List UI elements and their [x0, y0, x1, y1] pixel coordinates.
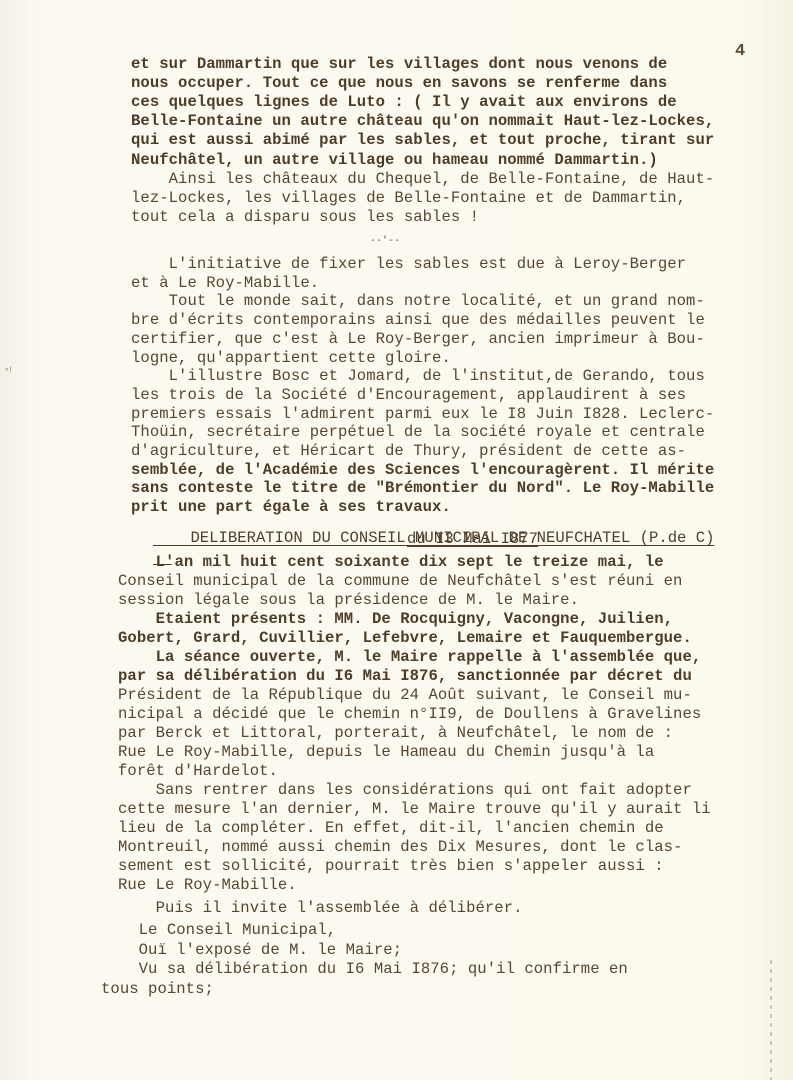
text-line: ces quelques lignes de Luto : ( Il y ava…	[131, 93, 677, 112]
text-line: d'agriculture, et Héricart de Thury, pré…	[131, 442, 686, 461]
deliberation-heading-suffix: (P.de C)	[630, 529, 714, 547]
text-line: certifier, que c'est à Le Roy-Berger, an…	[131, 330, 705, 349]
text-line: Gobert, Grard, Cuvillier, Lefebvre, Lema…	[118, 629, 692, 648]
text-line: L'illustre Bosc et Jomard, de l'institut…	[131, 367, 705, 386]
text-line: Neufchâtel, un autre village ou hameau n…	[131, 151, 658, 170]
text-line: forêt d'Hardelot.	[118, 762, 278, 781]
text-line: semblée, de l'Académie des Sciences l'en…	[131, 461, 714, 480]
text-line: L'an mil huit cent soixante dix sept le …	[118, 553, 664, 572]
text-line: les trois de la Société d'Encouragement,…	[131, 386, 686, 405]
text-line: La séance ouverte, M. le Maire rappelle …	[118, 648, 701, 667]
margin-mark: «|	[5, 366, 12, 373]
text-line: Belle-Fontaine un autre château qu'on no…	[131, 112, 714, 131]
deliberation-date: du I3 Mai I877	[407, 530, 538, 549]
text-line: logne, qu'appartient cette gloire.	[131, 349, 451, 368]
text-line: premiers essais l'admirent parmi eux le …	[131, 405, 714, 424]
text-line: Puis il invite l'assemblée à délibérer.	[118, 899, 523, 918]
text-line: nicipal a décidé que le chemin n°II9, de…	[118, 705, 701, 724]
text-line: tout cela a disparu sous les sables !	[131, 208, 479, 227]
text-line: nous occuper. Tout ce que nous en savons…	[131, 74, 667, 93]
binding-edge-marks	[770, 960, 772, 1080]
text-line: Montreuil, nommé aussi chemin des Dix Me…	[118, 838, 682, 857]
text-line: Etaient présents : MM. De Rocquigny, Vac…	[118, 610, 673, 629]
text-line: et sur Dammartin que sur les villages do…	[131, 55, 667, 74]
text-line: L'initiative de fixer les sables est due…	[131, 255, 686, 274]
text-line: qui est aussi abimé par les sables, et t…	[131, 131, 714, 150]
text-line: bre d'écrits contemporains ainsi que des…	[131, 311, 705, 330]
text-line: tous points;	[101, 980, 214, 999]
text-line: sans conteste le titre de "Brémontier du…	[131, 479, 714, 498]
page-number: 4	[735, 42, 745, 61]
text-line: Tout le monde sait, dans notre localité,…	[131, 292, 705, 311]
text-line: cette mesure l'an dernier, M. le Maire t…	[118, 800, 711, 819]
text-line: Le Conseil Municipal,	[101, 921, 336, 940]
text-line: et à Le Roy-Mabille.	[131, 274, 319, 293]
text-line: Sans rentrer dans les considérations qui…	[118, 781, 692, 800]
text-line: Rue Le Roy-Mabille, depuis le Hameau du …	[118, 743, 654, 762]
text-line: par Berck et Littoral, porterait, à Neuf…	[118, 724, 673, 743]
text-line: Rue Le Roy-Mabille.	[118, 876, 297, 895]
text-line: Ainsi les châteaux du Chequel, de Belle-…	[131, 170, 714, 189]
text-line: Conseil municipal de la commune de Neufc…	[118, 572, 682, 591]
text-line: Vu sa délibération du I6 Mai I876; qu'il…	[101, 960, 628, 979]
text-line: Ouï l'exposé de M. le Maire;	[101, 941, 402, 960]
section-separator: --'--	[370, 236, 400, 247]
text-line: lieu de la compléter. En effet, dit-il, …	[118, 819, 664, 838]
text-line: Thoüin, secrétaire perpétuel de la socié…	[131, 423, 705, 442]
text-line: lez-Lockes, les villages de Belle-Fontai…	[131, 189, 686, 208]
text-line: par sa délibération du I6 Mai I876, sanc…	[118, 667, 692, 686]
text-line: sement est sollicité, pourrait très bien…	[118, 857, 664, 876]
document-page: 4 «| --'-- et sur Dammartin que sur les …	[0, 0, 793, 1080]
text-line: session légale sous la présidence de M. …	[118, 591, 579, 610]
text-line: Président de la République du 24 Août su…	[118, 686, 692, 705]
